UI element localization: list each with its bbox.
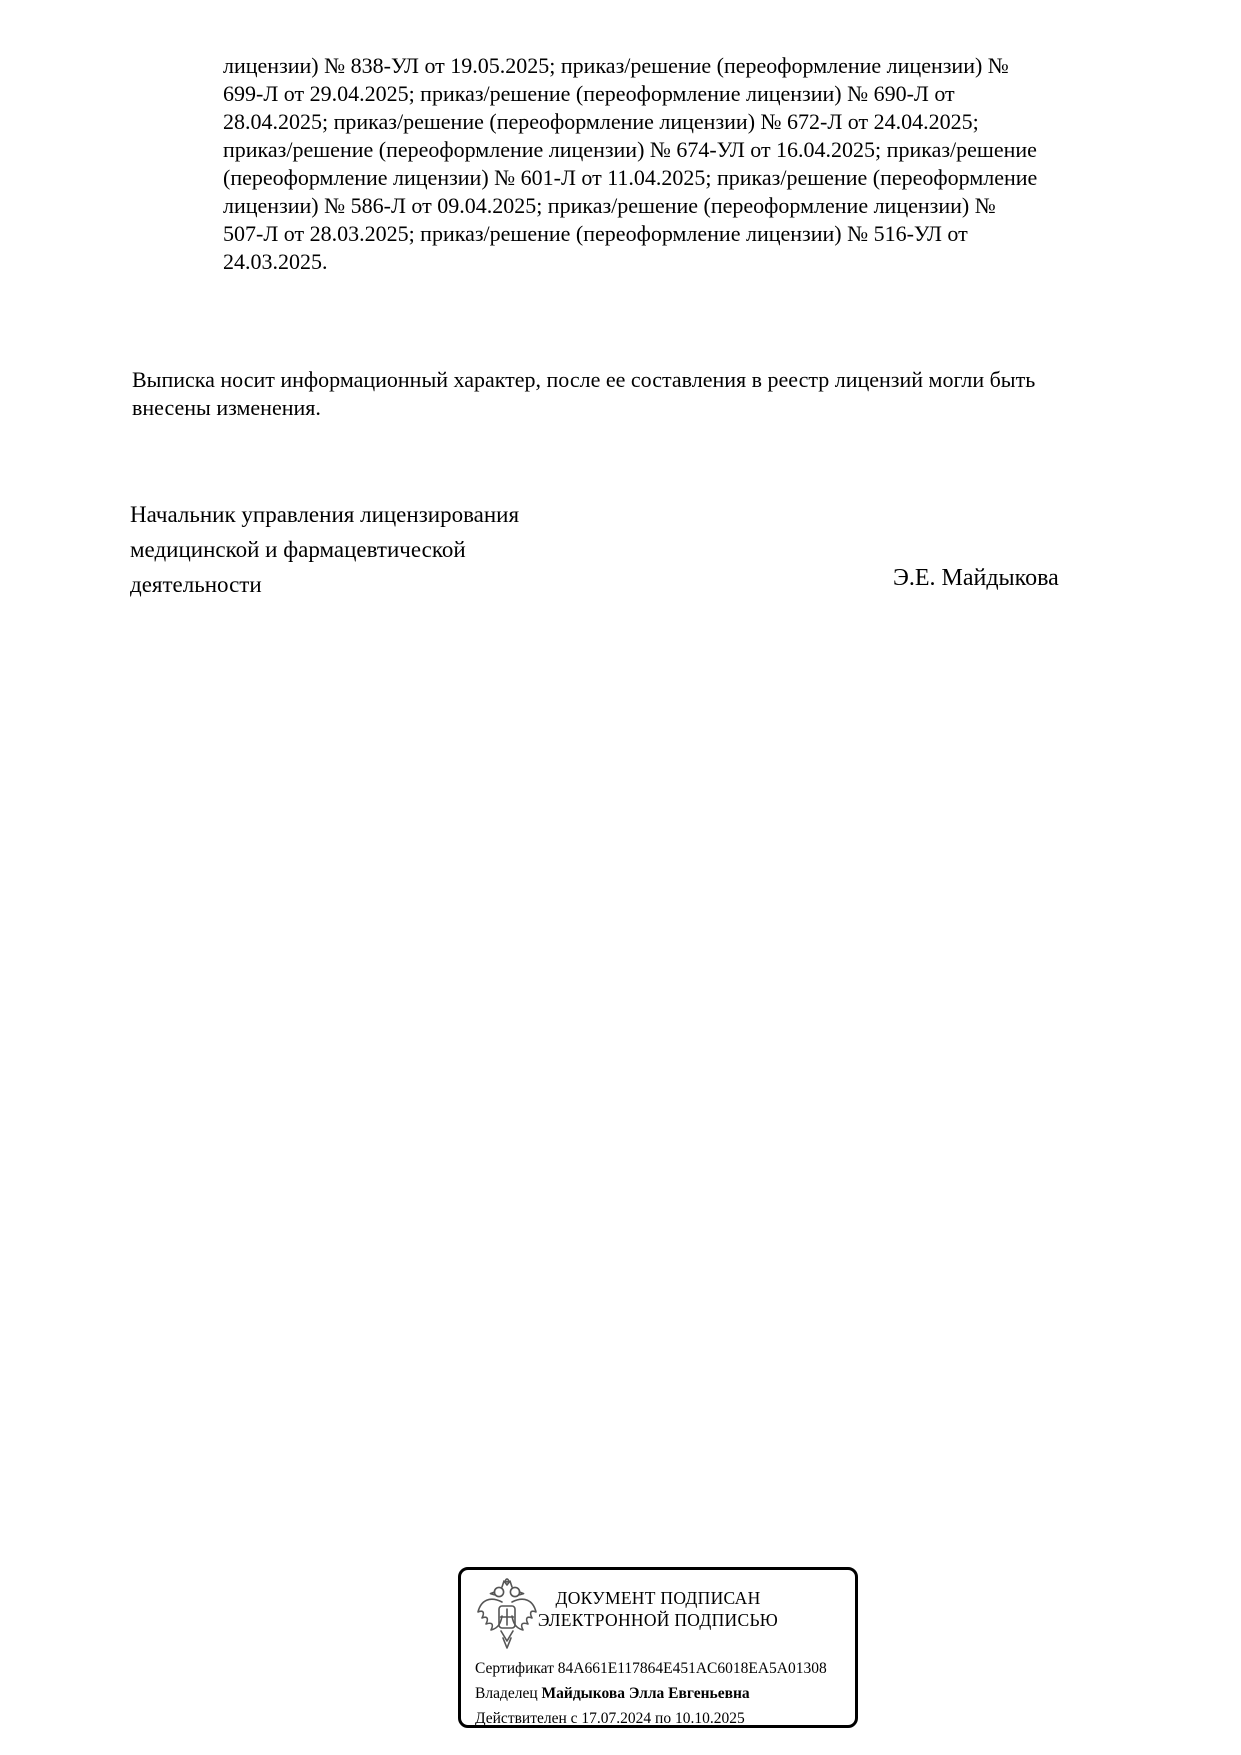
validity-row: Действителен с 17.07.2024 по 10.10.2025 — [475, 1706, 827, 1731]
note-paragraph: Выписка носит информационный характер, п… — [132, 366, 1092, 422]
certificate-row: Сертификат 84A661E117864E451AC6018EA5A01… — [475, 1656, 827, 1681]
stamp-title: ДОКУМЕНТ ПОДПИСАН ЭЛЕКТРОННОЙ ПОДПИСЬЮ — [461, 1587, 855, 1631]
certificate-value: 84A661E117864E451AC6018EA5A01308 — [558, 1660, 827, 1677]
certificate-label: Сертификат — [475, 1660, 554, 1677]
signatory-position: Начальник управления лицензирования меди… — [130, 497, 690, 602]
validity-text: Действителен с 17.07.2024 по 10.10.2025 — [475, 1710, 745, 1727]
document-page: лицензии) № 838-УЛ от 19.05.2025; приказ… — [0, 0, 1241, 1755]
electronic-signature-stamp: ДОКУМЕНТ ПОДПИСАН ЭЛЕКТРОННОЙ ПОДПИСЬЮ С… — [458, 1567, 858, 1728]
owner-row: Владелец Майдыкова Элла Евгеньевна — [475, 1681, 827, 1706]
license-orders-paragraph: лицензии) № 838-УЛ от 19.05.2025; приказ… — [223, 52, 1093, 276]
signatory-name: Э.Е. Майдыкова — [893, 565, 1059, 592]
stamp-details: Сертификат 84A661E117864E451AC6018EA5A01… — [475, 1656, 827, 1731]
owner-name: Майдыкова Элла Евгеньевна — [542, 1685, 750, 1702]
owner-label: Владелец — [475, 1685, 538, 1702]
